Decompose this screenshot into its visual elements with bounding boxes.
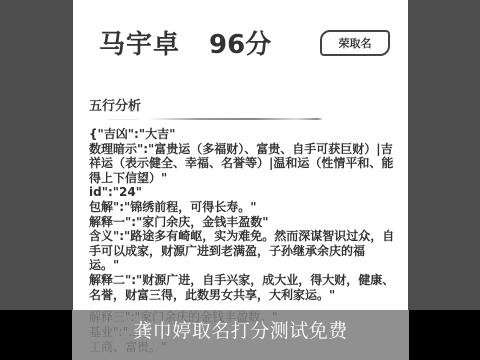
analysis-line: {"吉凶":"大吉" [89, 127, 395, 142]
caption-text: 龚巾婷取名打分测试免费 [72, 316, 409, 343]
name-text: 马宇卓 [99, 24, 180, 61]
analysis-line: 包解":"锦绣前程，可得长寿。" [89, 200, 395, 215]
analysis-line: 解释一":"家门余庆，金钱丰盈数" [89, 215, 395, 230]
divider-accent [108, 119, 138, 120]
stamp-badge[interactable]: 荣取名 [320, 30, 390, 56]
analysis-line: 含义":"路途多有崎岖，实为难免。然而深谋智识过众，自手可以成家，财源广进到老满… [89, 229, 395, 273]
analysis-line: 数理暗示":"富贵运（多福财）、富贵、自手可获巨财）|吉祥运（表示健全、幸福、名… [89, 142, 395, 186]
section-title: 五行分析 [89, 95, 141, 114]
analysis-line: 解释二":"财源广进，自手兴家，成大业，得大财，健康、名誉，财富三得，此数男女共… [89, 273, 395, 302]
score-text: 96分 [209, 24, 271, 61]
analysis-text: {"吉凶":"大吉" 数理暗示":"富贵运（多福财）、富贵、自手可获巨财）|吉祥… [89, 127, 395, 302]
section-divider [148, 118, 323, 120]
stamp-label: 荣取名 [339, 35, 372, 51]
screen: 马宇卓 96分 荣取名 五行分析 {"吉凶":"大吉" 数理暗示":"富贵运（多… [0, 0, 480, 360]
result-header: 马宇卓 96分 荣取名 [73, 22, 408, 62]
result-page: 马宇卓 96分 荣取名 五行分析 {"吉凶":"大吉" 数理暗示":"富贵运（多… [73, 0, 408, 310]
analysis-line: id":"24" [89, 185, 395, 200]
